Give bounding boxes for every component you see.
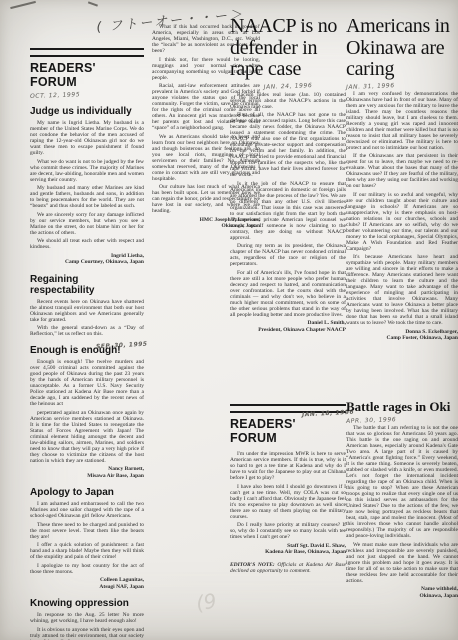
letter-body: My name is Ingrid Lietha. My husband is … [30,120,144,250]
paragraph: I offer a quick solution of punishment: … [30,542,144,560]
paragraph: I'm under the impression MWR is here to … [230,451,346,481]
paragraph: It's because Americans have heart and sy… [346,254,458,326]
paragraph: In response to the Aug. 25 letter No mor… [30,612,144,624]
paragraph: We are sincerely sorry for any damage in… [30,212,144,236]
paragraph: My name is Ingrid Lietha. My husband is … [30,120,144,156]
paragraph: It is obvious to anyone with their eyes … [30,627,144,640]
paragraph: First of all, the NAACP has not gone to … [230,112,346,178]
paragraph: These three need to be charged and punis… [30,522,144,540]
signature-location: Kadena Air Base, Okinawa, Japan [230,549,346,556]
headline-naacp: NAACP is no defender in rape case [230,16,346,81]
paragraph: Is it the job of the NAACP to ensure tha… [230,181,346,241]
signature-location: Misawa Air Base, Japan [30,473,144,480]
paragraph: We must make sure these individuals who … [346,542,458,584]
headline-battle-rages: Battle rages in Oki [346,400,458,414]
signature-location: Atsugi NAF, Japan [30,584,144,591]
paragraph: What we do want is not to be judged by t… [30,159,144,183]
paragraph: We should all treat each other with resp… [30,238,144,250]
handwritten-date: APR. 30, 1996 [346,414,458,425]
editors-note-label: EDITOR'S NOTE: [230,562,275,568]
paragraph: During my term as its president, the Oki… [230,243,346,267]
paragraph: Enough is enough! The twelve murders and… [30,359,144,407]
paragraph: If our military is so awful and vengeful… [346,192,458,252]
paragraph: With the general stand-down as a “Day of… [30,325,144,337]
column-1: READERS' FORUM OCT. 12, 1995 Judge us in… [30,48,144,640]
readers-forum-header-text: READERS' FORUM [230,417,296,445]
letter-body: In response to the Aug. 25 letter No mor… [30,612,144,640]
paragraph: The battle that I am referring to is not… [346,425,458,539]
signature-location: President, Okinawa Chapter NAACP [230,327,346,334]
letter-title-regaining-respectability: Regaining respectability [30,274,144,296]
signature: Staff Sgt. David E. Shaw, Kadena Air Bas… [230,543,346,556]
signature: Ingrid Lietha, Camp Courtney, Okinawa, J… [30,253,144,266]
paragraph: My husband and many other Marines are ki… [30,185,144,209]
signature: Name withheld, Okinawa, Japan [346,586,458,599]
article-body: I am very confused by demonstrations the… [346,91,458,327]
paragraph: Recent events here on Okinawa have shatt… [30,299,144,323]
paragraph: If the Okinawans are that persistent in … [346,153,458,189]
headline-americans: Americans in Okinawa are caring [346,16,458,81]
signature: Donna S. Eckelbarger, Camp Foster, Okina… [346,329,458,342]
scan-artifact [88,1,98,6]
scan-artifact [10,1,36,9]
editors-note: EDITOR'S NOTE: Officials at Kadena Air B… [230,562,346,575]
signature: Daniel L. Smith, President, Okinawa Chap… [230,320,346,333]
paragraph: I am ashamed and embarrassed to call the… [30,501,144,519]
paragraph: I am very confused by demonstrations the… [346,91,458,151]
handwritten-date: OCT. 12, 1995 [30,89,144,100]
signature: Colleen Lagunitas, Atsugi NAF, Japan [30,577,144,590]
paragraph: For all of America's ills, I've found ho… [230,270,346,318]
paragraph: perpetrated against an Okinawan once aga… [30,410,144,464]
forum-double-rule [30,48,144,57]
article-naacp: NAACP is no defender in rape case JAN. 2… [230,16,346,334]
letter-body: Enough is enough! The twelve murders and… [30,359,144,464]
letter-body: Recent events here on Okinawa have shatt… [30,299,144,338]
signature-location: Okinawa, Japan [346,593,458,600]
paragraph: I have also been told I should go downto… [230,484,346,520]
article-battle-rages: Battle rages in Oki APR. 30, 1996 The ba… [346,400,458,600]
readers-forum-header: READERS' FORUM [30,61,144,89]
readers-forum-header: READERS' FORUM JAN. 18, 1996 [230,417,346,445]
paragraph: Racism hides real issue (Jan. 10) contai… [230,92,346,110]
handwritten-date: JAN. 24, 1996 [230,80,346,91]
handwritten-date: JAN. 31, 1996 [346,80,458,91]
letter-title-judge-us-individually: Judge us individually [30,106,144,117]
letter-title-knowing-oppression: Knowing oppression [30,598,144,609]
handwritten-page-mark: (9 [194,588,218,615]
letter-body: I'm under the impression MWR is here to … [230,451,346,540]
article-body: The battle that I am referring to is not… [346,425,458,584]
letter-title-enough-is-enough: Enough is enough! SEP. 30, 1995 [30,345,144,356]
signature: Nancy Barnett, Misawa Air Base, Japan [30,466,144,479]
readers-forum-2: READERS' FORUM JAN. 18, 1996 I'm under t… [230,404,346,575]
newspaper-scan-page: ( フトーオー・・ー＞ (9 READERS' FORUM OCT. 12, 1… [0,0,458,640]
article-body: Racism hides real issue (Jan. 10) contai… [230,92,346,318]
signature-location: Camp Courtney, Okinawa, Japan [30,259,144,266]
letter-title-apology-to-japan: Apology to Japan [30,487,144,498]
signature-location: Camp Foster, Okinawa, Japan [346,335,458,342]
paragraph: Do I really have priority at military co… [230,522,346,540]
letter-body: I am ashamed and embarrassed to call the… [30,501,144,575]
handwritten-date: SEP. 30, 1995 [96,339,148,353]
paragraph: I apologize to my host country for the a… [30,563,144,575]
article-americans-caring: Americans in Okinawa are caring JAN. 31,… [346,16,458,343]
